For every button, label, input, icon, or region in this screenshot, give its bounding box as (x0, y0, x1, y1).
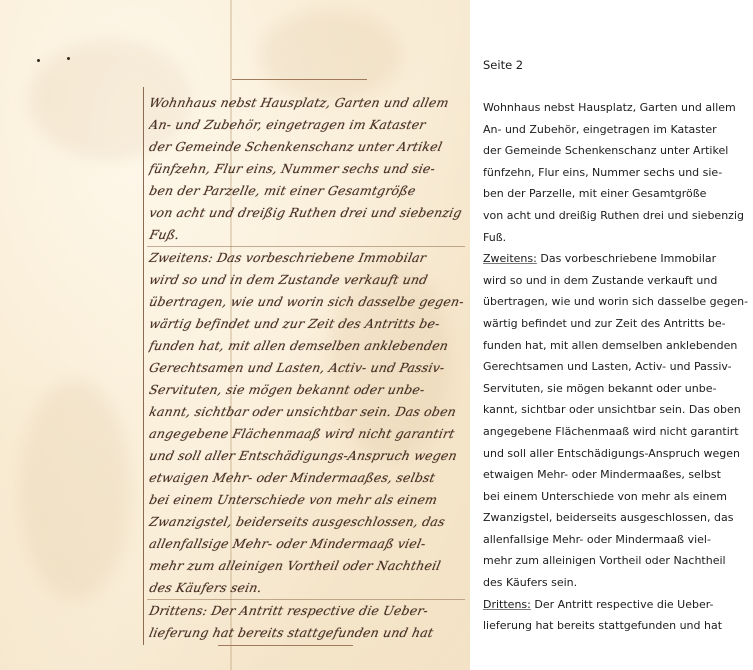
margin-line (143, 87, 144, 645)
transcript-line: lieferung hat bereits stattgefunden und … (483, 615, 748, 637)
transcript-line: übertragen, wie und worin sich dasselbe … (483, 291, 748, 313)
transcript-line: fünfzehn, Flur eins, Nummer sechs und si… (483, 162, 748, 184)
ink-dot (37, 59, 40, 62)
section-text: Der Antritt respective die Ueber- (531, 598, 714, 611)
transcript-line: der Gemeinde Schenkenschanz unter Artike… (483, 140, 748, 162)
handwritten-line: Zwanzigstel, beiderseits ausgeschlossen,… (147, 511, 470, 533)
handwritten-line: angegebene Flächenmaaß wird nicht garant… (147, 423, 470, 445)
transcript-line: des Käufers sein. (483, 572, 748, 594)
handwritten-line: kannt, sichtbar oder unsichtbar sein. Da… (147, 401, 470, 423)
transcription-text: Wohnhaus nebst Hausplatz, Garten und all… (483, 97, 748, 637)
top-rule (232, 79, 367, 80)
bottom-rule (218, 645, 353, 646)
handwritten-line: Zweitens: Das vorbeschriebene Immobilar (147, 247, 470, 269)
transcript-line: von acht und dreißig Ruthen drei und sie… (483, 205, 748, 227)
manuscript-scan: Wohnhaus nebst Hausplatz, Garten und all… (0, 0, 470, 670)
transcript-line: Gerechtsamen und Lasten, Activ- und Pass… (483, 356, 748, 378)
handwritten-line: und soll aller Entschädigungs-Anspruch w… (147, 445, 470, 467)
transcript-line: Wohnhaus nebst Hausplatz, Garten und all… (483, 97, 748, 119)
paper-stain (260, 10, 400, 100)
transcription-column: Seite 2 Wohnhaus nebst Hausplatz, Garten… (483, 0, 753, 670)
transcript-line: Zwanzigstel, beiderseits ausgeschlossen,… (483, 507, 748, 529)
transcript-line: Servituten, sie mögen bekannt oder unbe- (483, 378, 748, 400)
handwritten-text: Wohnhaus nebst Hausplatz, Garten und all… (147, 92, 465, 644)
handwritten-line: etwaigen Mehr- oder Mindermaaßes, selbst (147, 467, 470, 489)
transcript-line: angegebene Flächenmaaß wird nicht garant… (483, 421, 748, 443)
handwritten-line: der Gemeinde Schenkenschanz unter Artike… (147, 136, 470, 158)
handwritten-line: bei einem Unterschiede von mehr als eine… (147, 489, 470, 511)
handwritten-line: mehr zum alleinigen Vortheil oder Nachth… (147, 555, 470, 577)
handwritten-line: ben der Parzelle, mit einer Gesamtgröße (147, 180, 470, 202)
handwritten-line: funden hat, mit allen demselben ankleben… (147, 335, 470, 357)
handwritten-line: allenfallsige Mehr- oder Mindermaaß viel… (147, 533, 470, 555)
transcript-line-section: Drittens: Der Antritt respective die Ueb… (483, 594, 748, 616)
handwritten-line: Drittens: Der Antritt respective die Ueb… (147, 600, 470, 622)
transcript-line: funden hat, mit allen demselben ankleben… (483, 335, 748, 357)
handwritten-line: Gerechtsamen und Lasten, Activ- und Pass… (147, 357, 470, 379)
handwritten-line: wird so und in dem Zustande verkauft und (147, 269, 470, 291)
handwritten-line: Fuß. (147, 224, 470, 247)
handwritten-line: übertragen, wie und worin sich dasselbe … (147, 291, 470, 313)
transcript-line: mehr zum alleinigen Vortheil oder Nachth… (483, 550, 748, 572)
handwritten-line: fünfzehn, Flur eins, Nummer sechs und si… (147, 158, 470, 180)
section-heading-drittens: Drittens: (483, 598, 531, 611)
page-label: Seite 2 (483, 58, 523, 72)
handwritten-line: Wohnhaus nebst Hausplatz, Garten und all… (147, 92, 470, 114)
handwritten-line: von acht und dreißig Ruthen drei und sie… (147, 202, 470, 224)
handwritten-line: An- und Zubehör, eingetragen im Kataster (147, 114, 470, 136)
section-text: Das vorbeschriebene Immobilar (537, 252, 716, 265)
transcript-line-section: Zweitens: Das vorbeschriebene Immobilar (483, 248, 748, 270)
transcript-line: etwaigen Mehr- oder Mindermaaßes, selbst (483, 464, 748, 486)
transcript-line: allenfallsige Mehr- oder Mindermaaß viel… (483, 529, 748, 551)
ink-dot (67, 57, 70, 60)
handwritten-line: wärtig befindet und zur Zeit des Antritt… (147, 313, 470, 335)
handwritten-line: lieferung hat bereits stattgefunden und … (147, 622, 470, 644)
transcript-line: bei einem Unterschiede von mehr als eine… (483, 486, 748, 508)
transcript-line: kannt, sichtbar oder unsichtbar sein. Da… (483, 399, 748, 421)
handwritten-line: des Käufers sein. (147, 577, 470, 600)
transcript-line: ben der Parzelle, mit einer Gesamtgröße (483, 183, 748, 205)
paper-stain (20, 380, 130, 600)
transcript-line: Fuß. (483, 227, 748, 249)
section-heading-zweitens: Zweitens: (483, 252, 537, 265)
transcript-line: wärtig befindet und zur Zeit des Antritt… (483, 313, 748, 335)
transcript-line: und soll aller Entschädigungs-Anspruch w… (483, 443, 748, 465)
handwritten-line: Servituten, sie mögen bekannt oder unbe- (147, 379, 470, 401)
transcript-line: An- und Zubehör, eingetragen im Kataster (483, 119, 748, 141)
transcript-line: wird so und in dem Zustande verkauft und (483, 270, 748, 292)
